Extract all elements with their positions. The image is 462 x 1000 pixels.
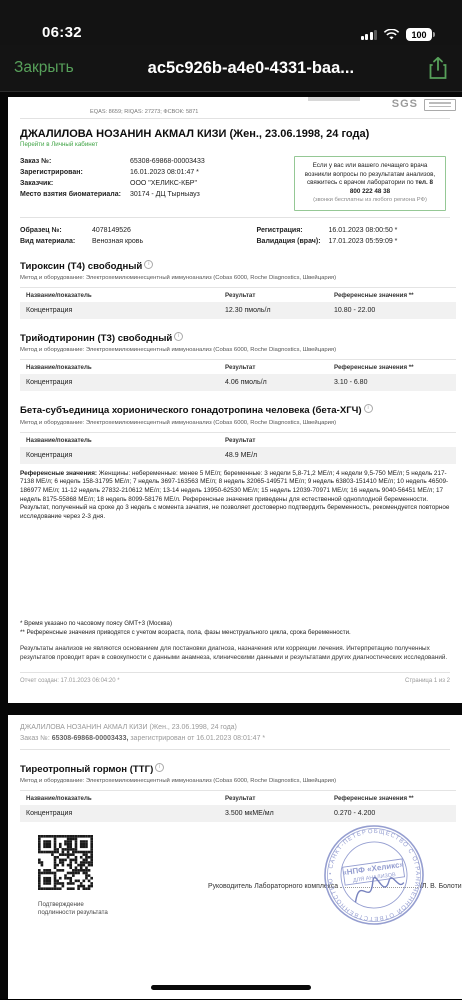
test-section-t3: Трийодтиронин (Т3) свободныйi Метод и об… <box>8 332 462 391</box>
sample-row: Образец №:4078149526 <box>20 225 257 236</box>
accreditation-numbers: EQAS: 8659; RIQAS: 27273; ФСВОК: 5871 <box>90 109 198 115</box>
report-page-1: EQAS: 8659; RIQAS: 27273; ФСВОК: 5871 SG… <box>8 97 462 703</box>
table-header: Название/показательРезультатРеференсные … <box>20 790 456 805</box>
test-title: Тиреотропный гормон (ТТГ) <box>20 764 153 775</box>
test-title: Бета-субъединица хорионического гонадотр… <box>20 406 362 417</box>
sgs-logo: SGS <box>392 98 418 110</box>
sample-row: Валидация (врач):17.01.2023 05:59:09 * <box>257 236 398 247</box>
close-button[interactable]: Закрыть <box>14 59 74 77</box>
table-header: Название/показательРезультатРеференсные … <box>20 359 456 374</box>
footnote-timezone: * Время указано по часовому поясу GMT+3 … <box>20 619 450 629</box>
footnote-reference: ** Референсные значения приводятся с уче… <box>20 628 450 638</box>
document-title: ac5c926b-a4e0-4331-baa... <box>84 59 418 78</box>
table-header: Название/показательРезультатРеференсные … <box>20 287 456 302</box>
order-line: Заказ №: 65308-69868-00003433, зарегистр… <box>20 734 450 745</box>
battery-percent: 100 <box>411 30 426 40</box>
test-section-tsh: Тиреотропный гормон (ТТГ)i Метод и обору… <box>8 763 462 822</box>
footnotes: * Время указано по часовому поясу GMT+3 … <box>20 619 450 638</box>
accreditation-badge <box>424 99 456 111</box>
home-indicator[interactable] <box>151 985 311 990</box>
order-row: Место взятия биоматериала:30174 - ДЦ Тыр… <box>20 189 294 200</box>
order-row: Зарегистрирован:16.01.2023 08:01:47 * <box>20 167 294 178</box>
signature-title: Руководитель Лабораторного комплекса <box>208 883 338 890</box>
order-number: 65308-69868-00003433, <box>52 735 129 742</box>
lab-stamp: ОБЩЕСТВО С ОГРАНИЧЕННОЙ ОТВЕТСТВЕННОСТЬЮ… <box>315 816 432 933</box>
wifi-icon <box>383 29 400 41</box>
sample-info: Образец №:4078149526 Вид материала:Веноз… <box>20 225 450 247</box>
divider <box>20 217 450 218</box>
clock: 06:32 <box>42 24 82 41</box>
qr-block: Подтверждение подлинности результата <box>38 835 108 917</box>
cell-signal-icon <box>361 29 378 40</box>
disclaimer-text: Результаты анализов не являются основани… <box>20 645 450 663</box>
test-section-t4: Тироксин (Т4) свободныйi Метод и оборудо… <box>8 260 462 319</box>
test-method: Метод и оборудование: Электрохемилюминес… <box>20 420 450 426</box>
sample-row: Вид материала:Венозная кровь <box>20 236 257 247</box>
share-icon[interactable] <box>428 56 448 80</box>
page2-header: ДЖАЛИЛОВА НОЗАНИН АКМАЛ КИЗИ (Жен., 23.0… <box>20 723 450 744</box>
hcg-reference-values: Референсные значения: Женщины: неберемен… <box>20 470 450 522</box>
table-row: Концентрация48.9 МЕ/л <box>20 447 456 464</box>
sample-row: Регистрация:16.01.2023 08:00:50 * <box>257 225 398 236</box>
personal-cabinet-link[interactable]: Перейти в Личный кабинет <box>20 141 450 148</box>
info-icon: i <box>364 404 373 413</box>
patient-name: ДЖАЛИЛОВА НОЗАНИН АКМАЛ КИЗИ (Жен., 23.0… <box>20 128 450 140</box>
status-bar: 06:32 100 <box>0 0 462 45</box>
order-row: Заказ №:65308-69868-00003433 <box>20 156 294 167</box>
lab-contact-box: Если у вас или вашего лечащего врача воз… <box>294 156 446 211</box>
test-section-hcg: Бета-субъединица хорионического гонадотр… <box>8 404 462 521</box>
test-method: Метод и оборудование: Электрохемилюминес… <box>20 275 450 281</box>
page-number: Страница 1 из 2 <box>405 678 450 684</box>
divider <box>20 118 450 119</box>
table-row: Концентрация12.30 пмоль/л10.80 - 22.00 <box>20 302 456 319</box>
table-row: Концентрация4.06 пмоль/л3.10 - 6.80 <box>20 374 456 391</box>
report-created: Отчет создан: 17.01.2023 06:04:20 * <box>20 678 120 684</box>
cropped-header-artifact <box>308 97 360 101</box>
table-header: Название/показательРезультат <box>20 432 456 447</box>
battery-icon: 100 <box>406 28 432 41</box>
test-method: Метод и оборудование: Электрохемилюминес… <box>20 347 450 353</box>
test-title: Трийодтиронин (Т3) свободный <box>20 333 172 344</box>
qr-label: Подтверждение подлинности результата <box>38 901 108 917</box>
info-icon: i <box>174 332 183 341</box>
divider <box>20 749 450 750</box>
page-footer: Отчет создан: 17.01.2023 06:04:20 * Стра… <box>20 672 450 684</box>
document-viewer-toolbar: Закрыть ac5c926b-a4e0-4331-baa... <box>0 45 462 92</box>
order-row: Заказчик:ООО "ХЕЛИКС-КБР" <box>20 178 294 189</box>
pdf-scroll-area[interactable]: EQAS: 8659; RIQAS: 27273; ФСВОК: 5871 SG… <box>0 92 462 999</box>
info-icon: i <box>155 763 164 772</box>
test-method: Метод и оборудование: Электрохемилюминес… <box>20 778 450 784</box>
test-title: Тироксин (Т4) свободный <box>20 261 142 272</box>
order-info: Заказ №:65308-69868-00003433 Зарегистрир… <box>20 156 294 200</box>
patient-name: ДЖАЛИЛОВА НОЗАНИН АКМАЛ КИЗИ (Жен., 23.0… <box>20 723 450 734</box>
report-page-2: ДЖАЛИЛОВА НОЗАНИН АКМАЛ КИЗИ (Жен., 23.0… <box>8 715 462 999</box>
qr-code <box>38 835 108 895</box>
info-icon: i <box>144 260 153 269</box>
